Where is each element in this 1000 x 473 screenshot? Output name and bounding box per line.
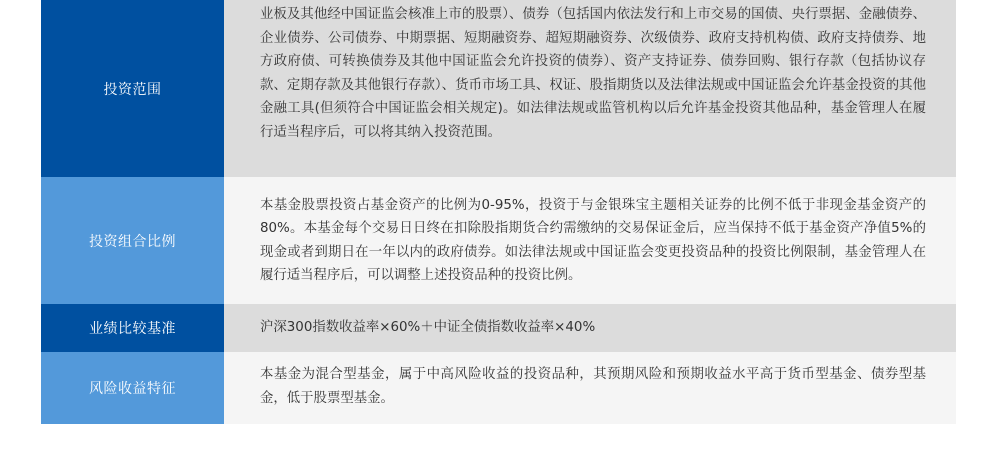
row-label: 业绩比较基准 [41,304,224,352]
table-row-risk-return: 风险收益特征 本基金为混合型基金，属于中高风险收益的投资品种，其预期风险和预期收… [41,352,956,424]
row-content: 本基金股票投资占基金资产的比例为0-95%，投资于与金银珠宝主题相关证券的比例不… [224,177,956,304]
table-row-investment-scope: 投资范围 业板及其他经中国证监会核准上市的股票）、债券（包括国内依法发行和上市交… [41,0,956,177]
row-content: 沪深300指数收益率×60%＋中证全债指数收益率×40% [224,304,956,352]
row-content: 本基金为混合型基金，属于中高风险收益的投资品种，其预期风险和预期收益水平高于货币… [224,352,956,424]
row-label: 投资组合比例 [41,177,224,304]
row-content: 业板及其他经中国证监会核准上市的股票）、债券（包括国内依法发行和上市交易的国债、… [224,0,956,177]
table-row-portfolio-ratio: 投资组合比例 本基金股票投资占基金资产的比例为0-95%，投资于与金银珠宝主题相… [41,177,956,304]
row-label: 投资范围 [41,0,224,177]
row-label: 风险收益特征 [41,352,224,424]
fund-info-table: 投资范围 业板及其他经中国证监会核准上市的股票）、债券（包括国内依法发行和上市交… [41,0,956,424]
table-row-benchmark: 业绩比较基准 沪深300指数收益率×60%＋中证全债指数收益率×40% [41,304,956,352]
